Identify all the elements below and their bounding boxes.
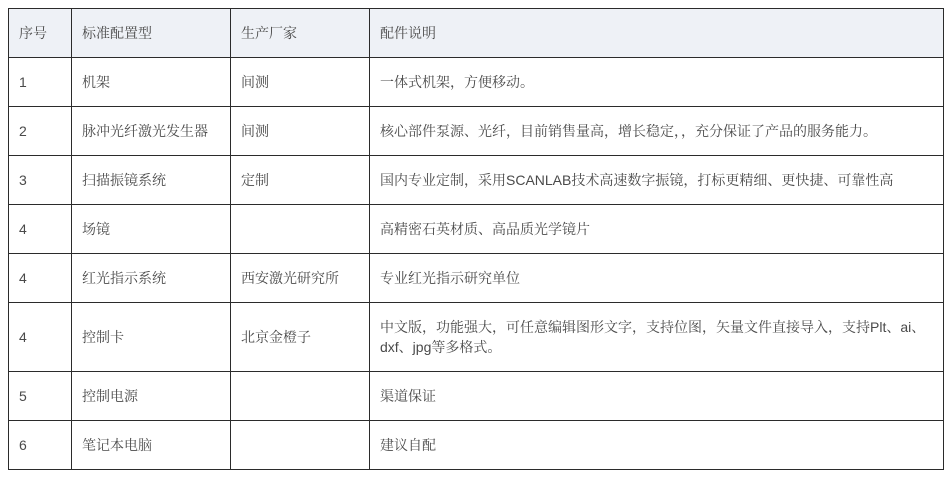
table-row: 3 扫描振镜系统 定制 国内专业定制，采用SCANLAB技术高速数字振镜，打标更…	[9, 156, 944, 205]
cell-no: 4	[9, 303, 72, 372]
table-body: 1 机架 间测 一体式机架，方便移动。 2 脉冲光纤激光发生器 间测 核心部件泵…	[9, 58, 944, 470]
cell-item: 笔记本电脑	[72, 421, 231, 470]
table-row: 4 控制卡 北京金橙子 中文版，功能强大，可任意编辑图形文字，支持位图，矢量文件…	[9, 303, 944, 372]
cell-no: 5	[9, 372, 72, 421]
header-cell-item: 标准配置型	[72, 9, 231, 58]
cell-desc: 建议自配	[370, 421, 944, 470]
cell-item: 脉冲光纤激光发生器	[72, 107, 231, 156]
table-row: 4 场镜 高精密石英材质、高品质光学镜片	[9, 205, 944, 254]
spec-table: 序号 标准配置型 生产厂家 配件说明 1 机架 间测 一体式机架，方便移动。 2…	[8, 8, 944, 470]
cell-item: 红光指示系统	[72, 254, 231, 303]
header-cell-no: 序号	[9, 9, 72, 58]
cell-maker	[231, 421, 370, 470]
cell-desc: 渠道保证	[370, 372, 944, 421]
cell-item: 控制卡	[72, 303, 231, 372]
table-row: 6 笔记本电脑 建议自配	[9, 421, 944, 470]
header-row: 序号 标准配置型 生产厂家 配件说明	[9, 9, 944, 58]
cell-item: 机架	[72, 58, 231, 107]
cell-desc: 高精密石英材质、高品质光学镜片	[370, 205, 944, 254]
cell-maker: 定制	[231, 156, 370, 205]
cell-maker: 北京金橙子	[231, 303, 370, 372]
header-cell-maker: 生产厂家	[231, 9, 370, 58]
cell-desc: 专业红光指示研究单位	[370, 254, 944, 303]
cell-maker: 西安激光研究所	[231, 254, 370, 303]
cell-item: 场镜	[72, 205, 231, 254]
cell-no: 4	[9, 254, 72, 303]
table-row: 2 脉冲光纤激光发生器 间测 核心部件泵源、光纤，目前销售量高，增长稳定，，充分…	[9, 107, 944, 156]
cell-no: 3	[9, 156, 72, 205]
cell-item: 控制电源	[72, 372, 231, 421]
cell-desc: 核心部件泵源、光纤，目前销售量高，增长稳定，，充分保证了产品的服务能力。	[370, 107, 944, 156]
page: 序号 标准配置型 生产厂家 配件说明 1 机架 间测 一体式机架，方便移动。 2…	[0, 0, 950, 487]
cell-no: 1	[9, 58, 72, 107]
cell-desc: 一体式机架，方便移动。	[370, 58, 944, 107]
table-row: 5 控制电源 渠道保证	[9, 372, 944, 421]
cell-item: 扫描振镜系统	[72, 156, 231, 205]
cell-desc: 中文版，功能强大，可任意编辑图形文字，支持位图，矢量文件直接导入，支持Plt、a…	[370, 303, 944, 372]
cell-maker	[231, 372, 370, 421]
cell-no: 4	[9, 205, 72, 254]
table-row: 1 机架 间测 一体式机架，方便移动。	[9, 58, 944, 107]
table-row: 4 红光指示系统 西安激光研究所 专业红光指示研究单位	[9, 254, 944, 303]
cell-maker: 间测	[231, 58, 370, 107]
header-cell-desc: 配件说明	[370, 9, 944, 58]
cell-no: 2	[9, 107, 72, 156]
cell-maker	[231, 205, 370, 254]
cell-no: 6	[9, 421, 72, 470]
cell-maker: 间测	[231, 107, 370, 156]
cell-desc: 国内专业定制，采用SCANLAB技术高速数字振镜，打标更精细、更快捷、可靠性高	[370, 156, 944, 205]
table-header: 序号 标准配置型 生产厂家 配件说明	[9, 9, 944, 58]
